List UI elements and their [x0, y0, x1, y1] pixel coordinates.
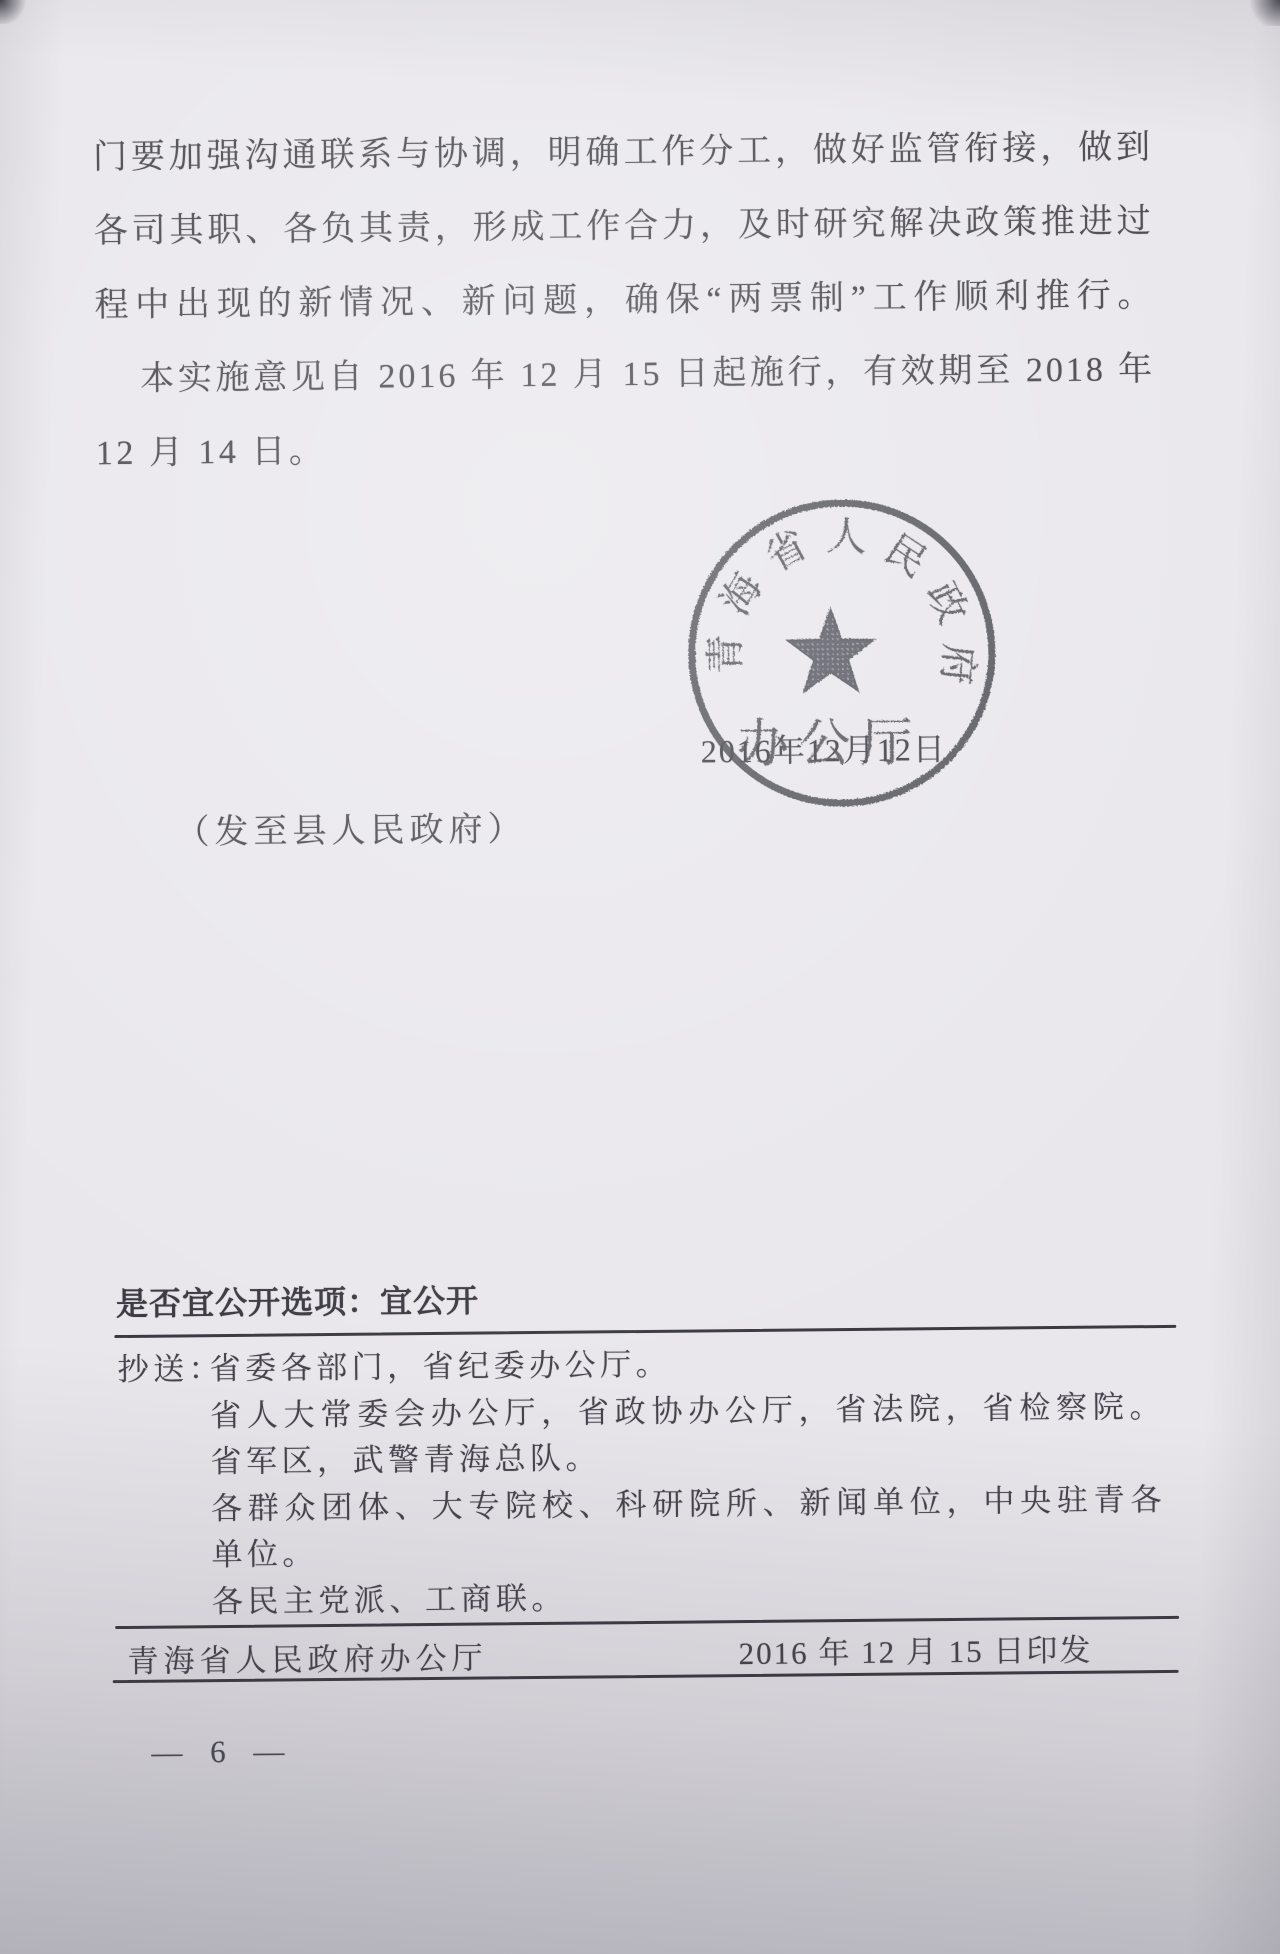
stamp-arc-char: 人	[826, 513, 868, 560]
cc-block: 抄送： 省委各部门，省纪委办公厅。 省人大常委会办公厅，省政协办公厅，省法院，省…	[117, 1337, 1167, 1626]
divider-rule-top	[114, 1325, 1176, 1338]
body-paragraphs: 门要加强沟通联系与协调，明确工作分工，做好监管衔接，做到 各司其职、各负其责，形…	[93, 111, 1157, 491]
star-icon	[788, 609, 874, 691]
stamp-arc-char: 省	[758, 521, 815, 580]
footer-issuer: 青海省人民政府办公厅	[127, 1633, 487, 1681]
cc-lines: 省委各部门，省纪委办公厅。 省人大常委会办公厅，省政协办公厅，省法院，省检察院。…	[209, 1337, 1167, 1625]
body-line: 程中出现的新情况、新问题，确保“两票制”工作顺利推行。	[94, 259, 1155, 343]
body-line: 各司其职、各负其责，形成工作合力，及时研究解决政策推进过	[93, 185, 1154, 269]
stamp-arc-char: 海	[712, 565, 771, 622]
body-line: 门要加强沟通联系与协调，明确工作分工，做好监管衔接，做到	[93, 111, 1154, 195]
body-line: 12 月 14 日。	[96, 407, 1157, 491]
cc-line: 各群众团体、大专院校、科研院所、新闻单位，中央驻青各	[211, 1476, 1166, 1532]
stamp-bottom-text: 办公厅	[736, 715, 923, 774]
disclosure-heading: 是否宜公开选项：宜公开	[116, 1276, 479, 1325]
stamp-arc-char: 青	[703, 634, 748, 674]
document-photo: 门要加强沟通联系与协调，明确工作分工，做好监管衔接，做到 各司其职、各负其责，形…	[0, 0, 1280, 1954]
cc-label: 抄送：	[117, 1346, 224, 1394]
stamp-arc-char: 府	[934, 642, 983, 686]
cc-line: 省人大常委会办公厅，省政协办公厅，省法院，省检察院。	[210, 1383, 1165, 1439]
page-number: — 6 —	[151, 1733, 294, 1770]
distribution-note: （发至县人民政府）	[175, 801, 526, 853]
stamp-arc-char: 民	[877, 526, 935, 586]
footer-print-date: 2016 年 12 月 15 日印发	[738, 1625, 1092, 1673]
body-line: 本实施意见自 2016 年 12 月 15 日起施行，有效期至 2018 年	[95, 333, 1156, 417]
document-page: 门要加强沟通联系与协调，明确工作分工，做好监管衔接，做到 各司其职、各负其责，形…	[0, 0, 1280, 1954]
stamp-arc-char: 政	[918, 575, 976, 630]
official-seal-stamp: 青 海 省 人 民 政 府 办公厅	[670, 481, 1013, 824]
